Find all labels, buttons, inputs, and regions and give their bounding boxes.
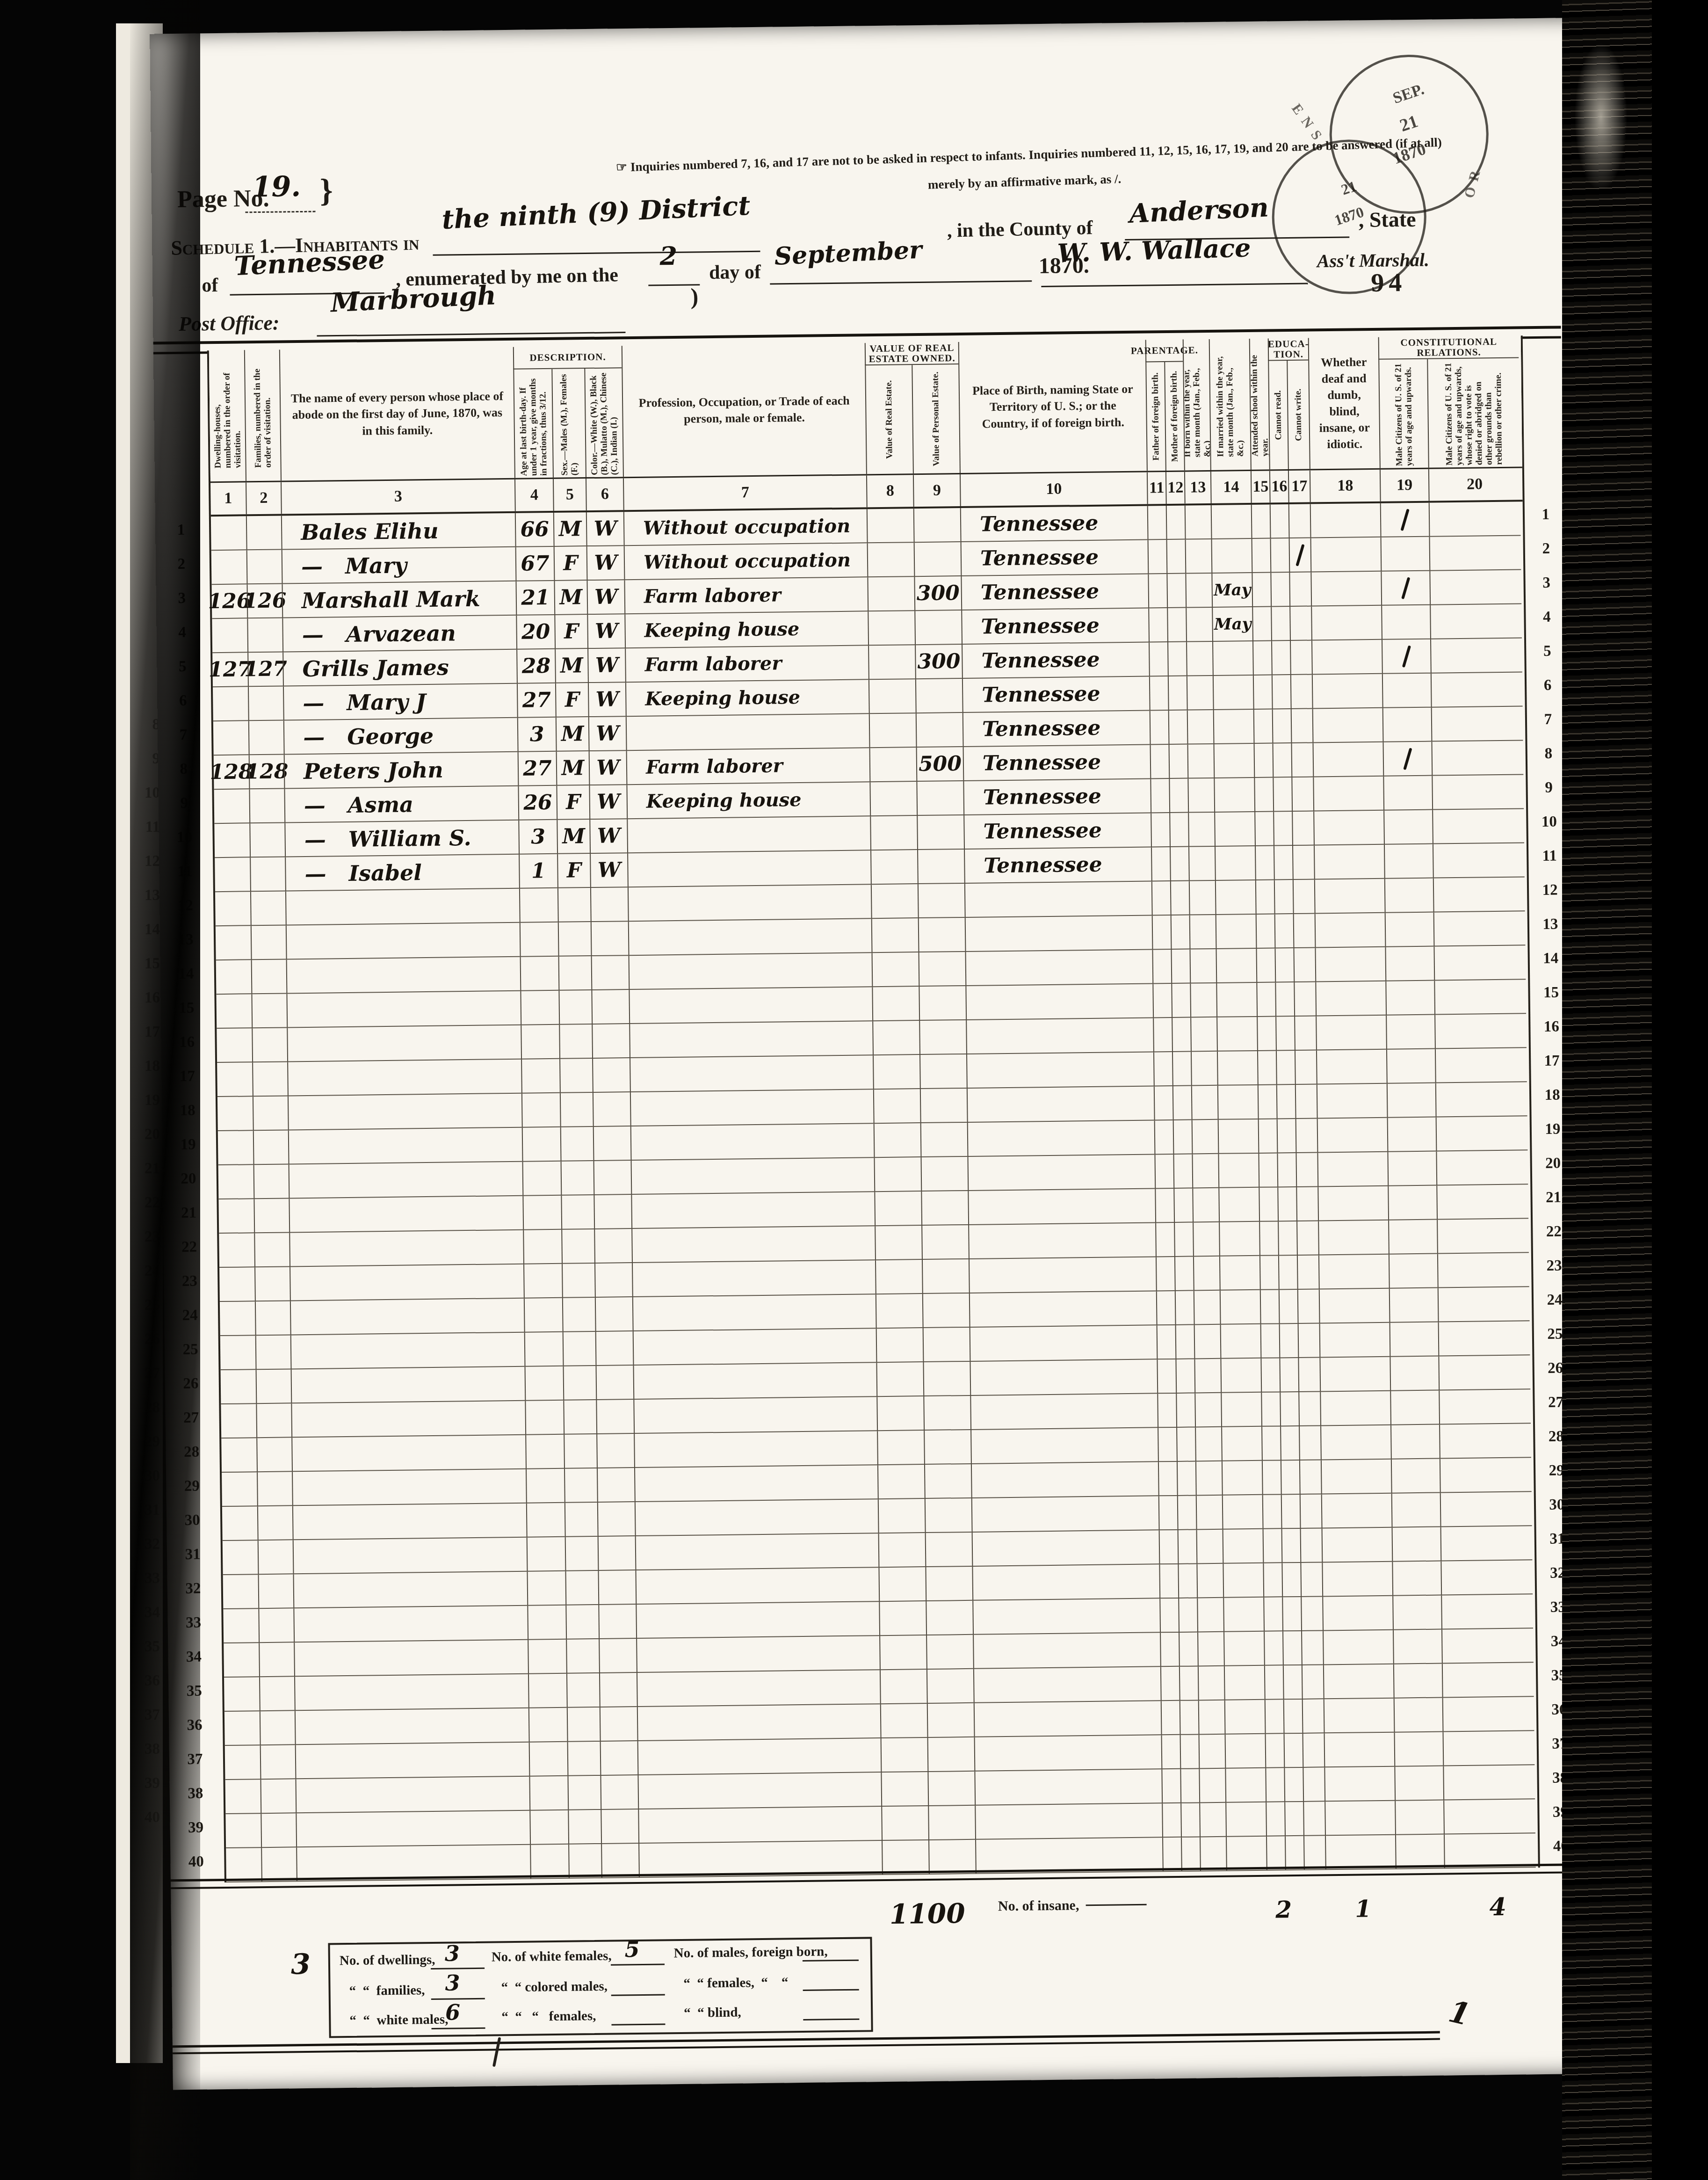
adjacent-line-number: 19 xyxy=(123,1092,160,1109)
handwritten-fam: 126 xyxy=(243,590,286,611)
cell-color xyxy=(596,1434,634,1468)
line-number: 28 xyxy=(170,1435,213,1469)
cell-occ xyxy=(627,850,871,887)
cell-c17 xyxy=(1301,1631,1323,1665)
cell-sex: M xyxy=(553,512,586,547)
cell-c14 xyxy=(1222,1495,1263,1530)
cell-color xyxy=(601,1844,639,1878)
cell-c17 xyxy=(1299,1426,1321,1461)
header-group: CONSTITUTIONAL RELATIONS. xyxy=(1378,335,1519,359)
cell-c20 xyxy=(1430,638,1522,673)
cell-pe xyxy=(918,884,965,918)
adjacent-line-number: 31 xyxy=(123,1502,160,1519)
cell-c13 xyxy=(1185,505,1211,540)
cell-age xyxy=(524,1332,563,1367)
cell-pe xyxy=(928,1806,975,1840)
adjacent-line-number: 16 xyxy=(123,989,160,1007)
cell-bp xyxy=(970,1394,1158,1430)
cell-c14 xyxy=(1225,1734,1266,1769)
cell-c18 xyxy=(1322,1528,1392,1563)
cell-name xyxy=(295,1777,529,1814)
cell-c19 xyxy=(1390,1323,1439,1357)
cell-c16 xyxy=(1281,1563,1301,1597)
of-label: of xyxy=(202,274,218,297)
adjacent-line-number: 15 xyxy=(123,955,160,973)
cell-bp: Tennessee xyxy=(961,540,1148,576)
handwritten-name: Bales Elihu xyxy=(301,520,439,543)
cell-fam xyxy=(249,823,285,857)
total-personal-estate: 1100 xyxy=(880,1884,974,1943)
cell-bp xyxy=(967,1086,1154,1123)
handwritten-sex: F xyxy=(566,792,581,813)
cell-c20 xyxy=(1438,1287,1530,1322)
cell-pe xyxy=(925,1567,972,1601)
cell-c17 xyxy=(1295,1153,1317,1187)
cell-c15 xyxy=(1261,1426,1281,1461)
handwritten-sex: M xyxy=(561,724,584,745)
cell-c13 xyxy=(1194,1291,1220,1325)
handwritten-bp: Tennessee xyxy=(983,820,1102,842)
header-col-label: The name of every person whose place of … xyxy=(287,388,507,440)
cell-c20 xyxy=(1430,604,1522,639)
cell-c16 xyxy=(1272,675,1291,709)
handwritten-occ: Without occupation xyxy=(643,516,850,538)
cell-c20 xyxy=(1443,1799,1535,1834)
cell-dw xyxy=(222,1472,257,1507)
header-col-label: Color.—White (W.), Black (B.), Mulatto (… xyxy=(588,370,619,475)
cell-c12 xyxy=(1175,1325,1194,1359)
cell-name: — William S. xyxy=(284,821,519,857)
cell-c11 xyxy=(1150,745,1169,779)
cell-sex: F xyxy=(555,683,588,718)
column-number: 17 xyxy=(1288,471,1310,503)
cell-fam xyxy=(260,1711,295,1745)
cell-c20 xyxy=(1433,877,1525,912)
cell-re xyxy=(877,1431,924,1465)
cell-c13 xyxy=(1192,1120,1218,1155)
cell-c17 xyxy=(1289,607,1311,641)
cell-c11 xyxy=(1148,540,1167,574)
cell-c20 xyxy=(1436,1116,1528,1151)
cell-age xyxy=(522,1127,561,1162)
cell-pe xyxy=(921,1191,968,1226)
cell-c16 xyxy=(1271,607,1290,641)
cell-c12 xyxy=(1177,1461,1196,1496)
header-col-15: Attended school within the year. xyxy=(1249,339,1269,470)
cell-bp: Tennessee xyxy=(962,642,1149,679)
cell-occ: Farm laborer xyxy=(625,646,868,683)
adjacent-line-number: 18 xyxy=(123,1058,160,1075)
line-number: 2 xyxy=(160,547,203,581)
cell-c16 xyxy=(1274,880,1293,914)
header-col-2: Families, numbered in the order of visit… xyxy=(244,350,281,481)
cell-c14 xyxy=(1220,1324,1261,1359)
cell-occ xyxy=(631,1226,875,1263)
column-number: 7 xyxy=(623,475,867,510)
cell-c19 xyxy=(1387,1152,1436,1186)
cell-c12 xyxy=(1169,745,1188,779)
line-number: 11 xyxy=(164,854,206,889)
cell-name: — Arvazean xyxy=(282,616,516,653)
cell-c13 xyxy=(1188,847,1215,881)
cell-c13 xyxy=(1194,1325,1221,1359)
summary-box: No. of dwellings, 3 No. of white females… xyxy=(328,1937,873,2038)
cell-bp xyxy=(965,984,1153,1020)
cell-c15 xyxy=(1264,1665,1283,1700)
cell-c18 xyxy=(1311,640,1382,675)
cell-c17 xyxy=(1291,743,1313,778)
handwritten-pe: 300 xyxy=(917,583,960,604)
cell-c14 xyxy=(1218,1188,1259,1222)
cell-fam xyxy=(246,550,282,584)
cell-pe xyxy=(924,1464,971,1499)
cell-c13 xyxy=(1192,1188,1219,1223)
cell-c15 xyxy=(1258,1153,1277,1187)
cell-occ: Keeping house xyxy=(625,680,869,717)
county-handwritten: Anderson xyxy=(1129,192,1269,229)
cell-c15 xyxy=(1257,1017,1276,1051)
cell-c15 xyxy=(1256,914,1275,948)
cell-c16 xyxy=(1278,1221,1297,1256)
header-col-1: Dwelling-houses, numbered in the order o… xyxy=(209,350,246,481)
cell-c16 xyxy=(1281,1529,1301,1563)
handwritten-occ: Farm laborer xyxy=(644,586,781,606)
cell-name xyxy=(286,991,521,1028)
cell-occ xyxy=(634,1465,878,1502)
cell-c17 xyxy=(1292,845,1314,880)
cell-c19 xyxy=(1387,1083,1436,1118)
summary-underline xyxy=(611,2023,665,2025)
cell-c14 xyxy=(1223,1563,1263,1598)
handwritten-name: — William S. xyxy=(304,827,471,850)
state-handwritten: Tennessee xyxy=(233,244,385,282)
cell-dw xyxy=(216,926,251,960)
cell-c13 xyxy=(1198,1700,1225,1735)
cell-c20 xyxy=(1436,1150,1528,1185)
cell-c20 xyxy=(1434,980,1526,1015)
cell-c16 xyxy=(1279,1290,1298,1324)
cell-c17 xyxy=(1303,1767,1324,1802)
adjacent-line-number: 9 xyxy=(123,750,160,768)
handwritten-color: W xyxy=(595,621,618,642)
cell-re xyxy=(879,1635,926,1670)
handwritten-sex: F xyxy=(564,621,579,642)
cell-color: W xyxy=(586,580,624,615)
cell-c19 xyxy=(1382,708,1432,742)
cell-c18 xyxy=(1324,1699,1394,1734)
cell-age xyxy=(525,1435,564,1469)
cell-pe xyxy=(922,1293,970,1328)
cell-c12 xyxy=(1172,1086,1192,1120)
cell-c16 xyxy=(1283,1700,1303,1734)
cell-c11 xyxy=(1160,1633,1179,1667)
cell-name xyxy=(288,1128,522,1165)
handwritten-name: Grills James xyxy=(302,656,449,680)
handwritten-name: — Isabel xyxy=(304,862,422,885)
header-col-7: Profession, Occupation, or Trade of each… xyxy=(622,343,866,477)
header-col-19: Male Citizens of U. S. of 21 years of ag… xyxy=(1378,359,1428,468)
header-col-label: Value of Real Estate. xyxy=(884,380,895,459)
cell-c17 xyxy=(1295,1050,1317,1085)
cell-color xyxy=(590,887,628,922)
cell-c18 xyxy=(1324,1801,1395,1836)
cell-c12 xyxy=(1169,779,1188,813)
cell-c13 xyxy=(1196,1564,1223,1599)
insane-label: No. of insane, xyxy=(974,1875,1162,1949)
header-col-label: Families, numbered in the order of visit… xyxy=(252,363,273,468)
cell-occ xyxy=(633,1363,876,1400)
cell-c17 xyxy=(1300,1494,1322,1529)
cell-c13 xyxy=(1198,1666,1224,1701)
cell-c18 xyxy=(1315,947,1385,982)
cell-name xyxy=(289,1196,523,1233)
cell-dw xyxy=(224,1677,260,1712)
cell-dw xyxy=(220,1336,256,1370)
summary-underline xyxy=(611,1963,665,1965)
cell-sex xyxy=(558,956,592,991)
cell-c14 xyxy=(1225,1768,1266,1803)
handwritten-bp: Tennessee xyxy=(983,786,1102,808)
cell-c11 xyxy=(1161,1701,1180,1735)
cell-name xyxy=(294,1640,528,1677)
handwritten-bp: Tennessee xyxy=(982,683,1100,705)
adjacent-line-number: 34 xyxy=(123,1604,160,1621)
district-underline xyxy=(433,251,760,256)
summary-foreign-males-label: No. of males, foreign born, xyxy=(674,1944,828,1961)
cell-age: 3 xyxy=(517,718,556,752)
instruction-note-line2: merely by an affirmative mark, as /. xyxy=(927,172,1121,192)
cell-c13 xyxy=(1189,881,1216,916)
affirmative-tick xyxy=(1403,748,1412,770)
cell-re xyxy=(878,1567,926,1602)
adjacent-line-number: 36 xyxy=(123,1672,160,1690)
cell-c11 xyxy=(1152,984,1172,1018)
cell-c18 xyxy=(1313,777,1383,812)
cell-name: — Mary xyxy=(282,547,516,584)
cell-c15 xyxy=(1259,1187,1278,1221)
handwritten-occ: Without occupation xyxy=(644,551,851,572)
handwritten-bp: Tennessee xyxy=(980,547,1099,569)
header-col-8: Value of Real Estate. xyxy=(865,365,913,474)
cell-dw xyxy=(215,892,251,926)
header-col-16: Cannot read. xyxy=(1268,361,1288,469)
cell-bp xyxy=(974,1735,1162,1772)
column-number: 11 xyxy=(1147,472,1166,504)
cell-occ xyxy=(636,1636,880,1673)
cell-c16 xyxy=(1270,504,1289,538)
cell-pe xyxy=(926,1669,974,1704)
adjacent-line-number: 25 xyxy=(123,1297,160,1314)
cell-dw xyxy=(214,789,249,824)
cell-re xyxy=(877,1465,925,1499)
cell-name xyxy=(287,1025,521,1062)
cell-fam xyxy=(253,1096,288,1131)
cell-c13 xyxy=(1186,608,1212,642)
cell-bp xyxy=(972,1530,1159,1567)
cell-bp xyxy=(968,1223,1156,1259)
cell-c14 xyxy=(1216,949,1256,983)
cell-c16 xyxy=(1277,1153,1296,1187)
cell-c15 xyxy=(1255,880,1274,914)
cell-c17 xyxy=(1296,1187,1318,1221)
cell-fam: 126 xyxy=(247,584,282,618)
cell-re xyxy=(870,816,917,850)
cell-c19 xyxy=(1385,981,1434,1016)
cell-c12 xyxy=(1180,1803,1200,1837)
cell-bp xyxy=(975,1803,1162,1840)
cell-occ: Keeping house xyxy=(626,782,870,819)
bottom-flourish: 1 xyxy=(1445,1994,1474,2033)
cell-c14 xyxy=(1211,539,1252,574)
cell-dw xyxy=(223,1575,259,1609)
cell-c20 xyxy=(1443,1765,1535,1800)
right-margin-numbers: 1234567891011121314151617181920212223242… xyxy=(1525,497,1567,498)
cell-c18 xyxy=(1315,913,1385,948)
cell-color xyxy=(598,1605,636,1639)
cell-c14 xyxy=(1223,1632,1264,1666)
cell-c18 xyxy=(1310,503,1381,538)
cell-c14 xyxy=(1217,1085,1258,1120)
cell-fam xyxy=(254,1233,289,1267)
cell-re xyxy=(876,1396,924,1431)
adjacent-line-number: 10 xyxy=(123,785,160,802)
cell-occ xyxy=(638,1807,882,1844)
handwritten-age: 3 xyxy=(530,724,544,745)
handwritten-sex: M xyxy=(562,826,585,847)
cell-dw xyxy=(218,1131,253,1165)
cell-name xyxy=(290,1299,524,1336)
cell-pe xyxy=(924,1430,971,1465)
cell-age: 67 xyxy=(515,547,554,581)
cell-c16 xyxy=(1277,1187,1296,1221)
left-margin-numbers: 1234567891011121314151617181920212223242… xyxy=(160,513,202,513)
cell-c19 xyxy=(1392,1562,1441,1596)
cell-c16 xyxy=(1274,948,1294,982)
cell-c11 xyxy=(1158,1496,1178,1530)
cell-sex xyxy=(563,1332,596,1366)
cell-occ xyxy=(633,1397,877,1434)
cell-occ xyxy=(629,1021,873,1058)
cell-color xyxy=(600,1775,638,1810)
cell-c20 xyxy=(1429,570,1521,605)
cell-c17 xyxy=(1303,1733,1324,1768)
cell-pe xyxy=(927,1737,975,1772)
cell-c17 xyxy=(1295,1119,1317,1153)
handwritten-age: 26 xyxy=(523,792,552,813)
cell-dw xyxy=(219,1233,254,1268)
cell-re xyxy=(874,1192,921,1226)
handwritten-bp: Tennessee xyxy=(980,513,1099,535)
cell-age xyxy=(530,1845,569,1879)
cell-c17 xyxy=(1300,1562,1322,1597)
handwritten-color: W xyxy=(594,587,618,608)
cell-age xyxy=(524,1298,563,1333)
cell-color xyxy=(591,990,629,1025)
cell-c18 xyxy=(1311,606,1382,641)
cell-c16 xyxy=(1273,743,1292,778)
cell-c17 xyxy=(1299,1460,1321,1495)
handwritten-sex: M xyxy=(561,758,584,779)
cell-c20 xyxy=(1433,843,1525,878)
affirmative-tick xyxy=(1295,544,1304,566)
cell-c12 xyxy=(1171,984,1190,1018)
cell-occ xyxy=(637,1704,881,1741)
insane-blank-underline xyxy=(1086,1904,1146,1906)
cell-c12 xyxy=(1172,1018,1191,1052)
handwritten-age: 28 xyxy=(522,655,551,676)
marshal-signature: W. W. Wallace xyxy=(1057,233,1252,268)
cell-c15 xyxy=(1262,1461,1281,1495)
cell-c15 xyxy=(1261,1392,1280,1426)
cell-color: W xyxy=(589,819,627,854)
cell-fam xyxy=(255,1335,291,1370)
cell-c18 xyxy=(1316,1050,1387,1085)
cell-color: W xyxy=(587,648,625,683)
cell-c13 xyxy=(1199,1803,1226,1838)
cell-color xyxy=(591,956,629,990)
cell-c19 xyxy=(1389,1288,1438,1323)
cell-age xyxy=(527,1537,565,1572)
cell-c19 xyxy=(1393,1629,1442,1664)
cell-c16 xyxy=(1279,1358,1298,1392)
cell-name xyxy=(296,1811,530,1848)
cell-c18 xyxy=(1313,811,1384,846)
cell-re xyxy=(869,782,917,816)
cell-c19 xyxy=(1388,1186,1437,1221)
cell-fam xyxy=(251,925,286,960)
cell-c17 xyxy=(1289,573,1311,607)
cell-c15 xyxy=(1253,709,1273,743)
cell-sex: F xyxy=(556,785,589,820)
cell-c11 xyxy=(1155,1223,1174,1257)
cell-color xyxy=(596,1400,634,1434)
cell-c19 xyxy=(1382,639,1431,674)
cell-occ: Farm laborer xyxy=(626,748,870,785)
cell-occ xyxy=(637,1738,881,1775)
cell-c15 xyxy=(1254,743,1273,778)
handwritten-name: Peters John xyxy=(304,759,443,782)
cell-c16 xyxy=(1273,778,1292,812)
cell-age: 20 xyxy=(516,615,555,650)
line-number: 32 xyxy=(172,1571,214,1606)
cell-c16 xyxy=(1278,1256,1297,1290)
header-col-18: Whether deaf and dumb, blind, insane, or… xyxy=(1308,337,1380,469)
handwritten-bp: Tennessee xyxy=(981,581,1100,603)
cell-c12 xyxy=(1173,1188,1193,1222)
cell-c11 xyxy=(1161,1735,1180,1769)
cell-c15 xyxy=(1266,1802,1285,1836)
summary-underline xyxy=(803,1989,859,1991)
column-number: 3 xyxy=(281,480,515,514)
cell-fam xyxy=(250,891,286,926)
cell-c17 xyxy=(1288,504,1310,539)
cell-re xyxy=(873,1055,920,1090)
handwritten-color: W xyxy=(596,723,619,744)
cell-color xyxy=(591,922,629,956)
cell-bp xyxy=(966,1052,1154,1089)
cell-sex xyxy=(567,1776,601,1810)
cell-c13 xyxy=(1197,1598,1223,1633)
cell-c15 xyxy=(1252,607,1271,641)
cell-re xyxy=(868,611,915,646)
cell-c11 xyxy=(1156,1257,1175,1291)
cell-occ: Without occupation xyxy=(623,509,867,546)
cell-c15 xyxy=(1256,982,1275,1017)
line-number: 3 xyxy=(1525,566,1568,600)
cell-c15 xyxy=(1260,1324,1280,1358)
cell-fam xyxy=(258,1608,294,1643)
cell-re xyxy=(881,1806,928,1841)
